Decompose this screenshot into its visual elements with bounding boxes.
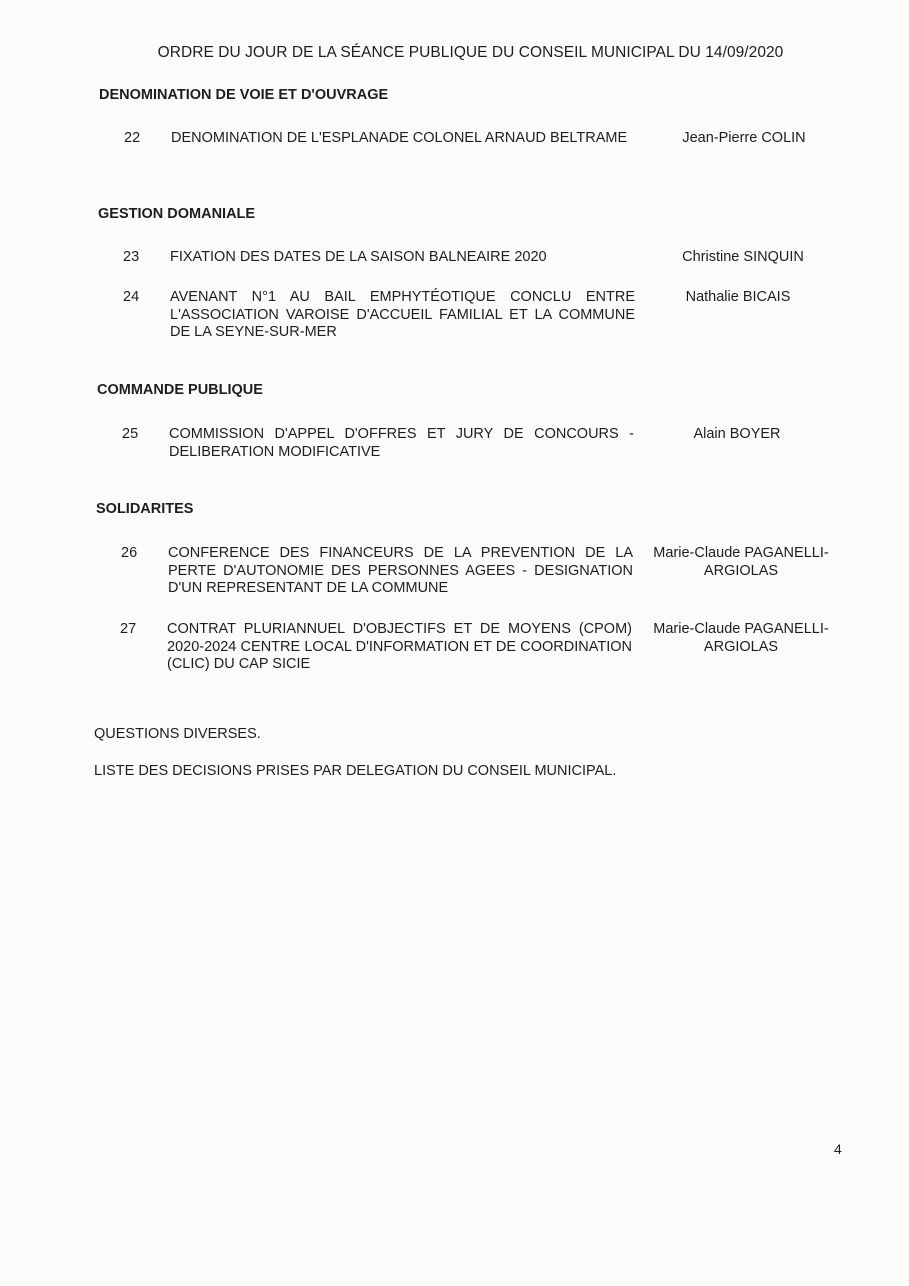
item-rapporteur: Christine SINQUIN [643, 249, 843, 267]
item-number: 23 [123, 249, 153, 267]
section-title-commande-publique: COMMANDE PUBLIQUE [97, 382, 263, 398]
section-title-solidarites: SOLIDARITES [96, 501, 193, 517]
item-rapporteur: Alain BOYER [637, 426, 837, 444]
section-title-gestion-domaniale: GESTION DOMANIALE [98, 206, 255, 222]
section-title-denomination: DENOMINATION DE VOIE ET D'OUVRAGE [99, 87, 388, 103]
item-number: 25 [122, 426, 152, 444]
page-number: 4 [834, 1141, 842, 1157]
item-text: COMMISSION D'APPEL D'OFFRES ET JURY DE C… [169, 426, 634, 461]
liste-decisions: LISTE DES DECISIONS PRISES PAR DELEGATIO… [94, 763, 616, 779]
item-rapporteur: Jean-Pierre COLIN [644, 130, 844, 148]
item-text: FIXATION DES DATES DE LA SAISON BALNEAIR… [170, 249, 635, 267]
item-number: 22 [124, 130, 154, 148]
item-rapporteur: Nathalie BICAIS [638, 289, 838, 307]
item-number: 26 [121, 545, 151, 563]
item-text: AVENANT N°1 AU BAIL EMPHYTÉOTIQUE CONCLU… [170, 289, 635, 342]
item-number: 24 [123, 289, 153, 307]
item-number: 27 [120, 621, 150, 639]
page-title: ORDRE DU JOUR DE LA SÉANCE PUBLIQUE DU C… [0, 44, 909, 62]
item-rapporteur: Marie-Claude PAGANELLI-ARGIOLAS [641, 545, 841, 580]
item-text: CONTRAT PLURIANNUEL D'OBJECTIFS ET DE MO… [167, 621, 632, 674]
item-rapporteur: Marie-Claude PAGANELLI-ARGIOLAS [641, 621, 841, 656]
questions-diverses: QUESTIONS DIVERSES. [94, 726, 261, 742]
item-text: CONFERENCE DES FINANCEURS DE LA PREVENTI… [168, 545, 633, 598]
item-text: DENOMINATION DE L'ESPLANADE COLONEL ARNA… [171, 130, 636, 148]
